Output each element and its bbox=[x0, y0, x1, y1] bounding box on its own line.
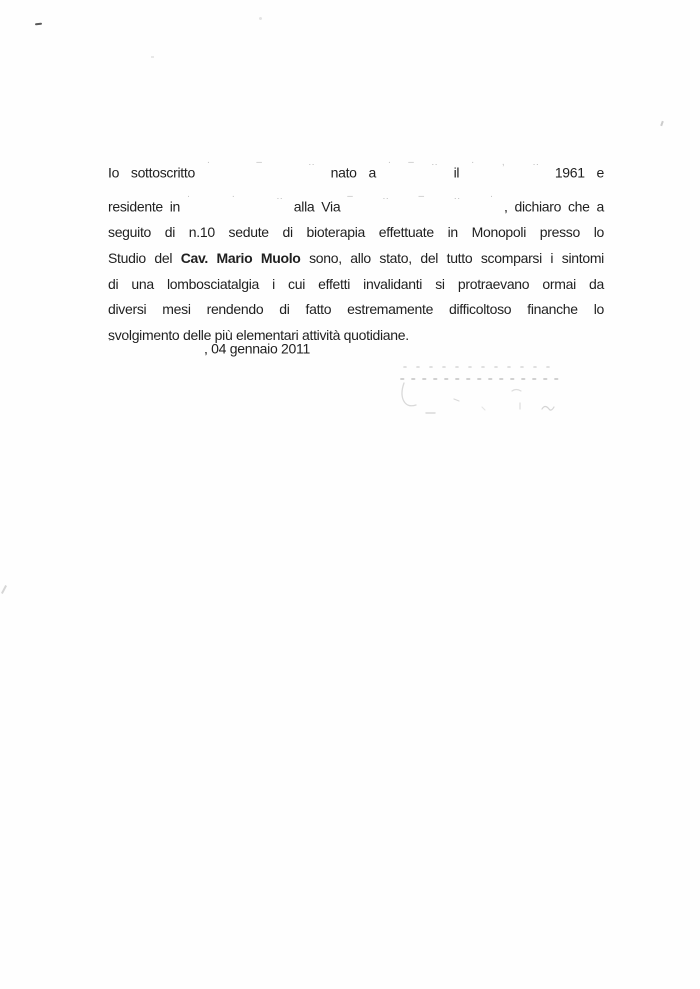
scan-artifact-speck bbox=[660, 121, 664, 126]
declaration-line-5: di una lombosciatalgia i cui effetti inv… bbox=[108, 272, 604, 298]
line2-text-1: residente in bbox=[108, 199, 180, 215]
line1-text-3: il bbox=[454, 165, 460, 181]
line2-text-3: dichiaro che a bbox=[515, 199, 605, 215]
declaration-paragraph: Io sottoscritto · – ‥ nato a · – ‥ il · … bbox=[108, 152, 604, 348]
scan-artifact-speck bbox=[151, 56, 154, 58]
erased-birthdate: · , ‥ bbox=[471, 150, 543, 176]
declaration-line-6: diversi mesi rendendo di fatto estremame… bbox=[108, 297, 604, 323]
declaration-line-2: residente in · · ‥ alla Via – ‥ – ‥ · , … bbox=[108, 186, 604, 220]
declaration-line-1: Io sottoscritto · – ‥ nato a · – ‥ il · … bbox=[108, 152, 604, 186]
erased-name: · – ‥ bbox=[207, 150, 319, 176]
line1-text-2: nato a bbox=[331, 165, 376, 181]
erased-signature bbox=[396, 355, 572, 419]
date-text: , 04 gennaio 2011 bbox=[204, 341, 310, 357]
line1-text-1: Io sottoscritto bbox=[108, 165, 195, 181]
scanned-declaration-page: Io sottoscritto · – ‥ nato a · – ‥ il · … bbox=[0, 0, 700, 989]
scan-artifact-dash bbox=[35, 23, 42, 26]
declaration-line-3: seguito di n.10 sedute di bioterapia eff… bbox=[108, 220, 604, 246]
line2-text-2: alla Via bbox=[294, 199, 341, 215]
line4-text-2: sono, allo stato, del tutto scomparsi i … bbox=[309, 250, 604, 266]
scan-artifact-speck bbox=[259, 17, 262, 20]
line1-text-4: 1961 e bbox=[555, 165, 604, 181]
erased-street: – ‥ – ‥ · bbox=[347, 184, 497, 210]
scan-artifact-speck bbox=[1, 585, 7, 594]
erased-place: ‥ · · · bbox=[108, 326, 204, 352]
practitioner-name: Cav. Mario Muolo bbox=[181, 250, 301, 266]
erased-town: · · ‥ bbox=[187, 184, 287, 210]
declaration-line-4: Studio del Cav. Mario Muolo sono, allo s… bbox=[108, 246, 604, 272]
line4-text-1: Studio del bbox=[108, 250, 172, 266]
erased-birthplace: · – ‥ bbox=[388, 150, 442, 176]
line2-comma: , bbox=[504, 199, 508, 215]
